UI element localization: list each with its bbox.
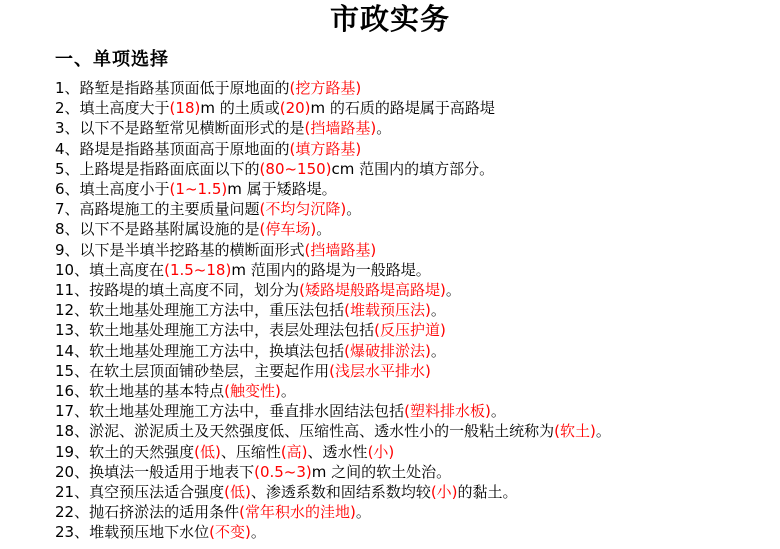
question-text: m 属于矮路堤。 xyxy=(227,180,336,198)
question-text: 、渗透系数和固结系数均较 xyxy=(251,483,431,501)
question-item: 14、软土地基处理施工方法中，换填法包括(爆破排淤法)。 xyxy=(55,341,760,361)
question-text: 。 xyxy=(431,301,446,319)
question-item: 22、抛石挤淤法的适用条件(常年积水的洼地)。 xyxy=(55,502,760,522)
answer-text: (18) xyxy=(170,99,201,117)
question-item: 23、堆载预压地下水位(不变)。 xyxy=(55,522,760,542)
question-item: 10、填土高度在(1.5~18)m 范围内的路堤为一般路堤。 xyxy=(55,260,760,280)
question-text: 6、填土高度小于 xyxy=(55,180,170,198)
question-text: 10、填土高度在 xyxy=(55,261,164,279)
question-item: 13、软土地基处理施工方法中，表层处理法包括(反压护道) xyxy=(55,320,760,340)
question-text: 21、真空预压法适合强度 xyxy=(55,483,224,501)
question-text: 。 xyxy=(356,503,371,521)
answer-text: (停车场) xyxy=(260,220,317,238)
question-text: 。 xyxy=(596,422,611,440)
question-item: 16、软土地基的基本特点(触变性)。 xyxy=(55,381,760,401)
question-text: 8、以下不是路基附属设施的是 xyxy=(55,220,260,238)
answer-text: (20) xyxy=(280,99,311,117)
question-text: 12、软土地基处理施工方法中，重压法包括 xyxy=(55,301,344,319)
question-text: 13、软土地基处理施工方法中，表层处理法包括 xyxy=(55,321,374,339)
answer-text: (挖方路基) xyxy=(290,79,362,97)
answer-text: (不均匀沉降) xyxy=(260,200,347,218)
question-item: 19、软土的天然强度(低)、压缩性(高)、透水性(小) xyxy=(55,442,760,462)
document-page: 市政实务 一、单项选择 1、路堑是指路基顶面低于原地面的(挖方路基)2、填土高度… xyxy=(0,0,780,549)
question-text: 、透水性 xyxy=(308,443,368,461)
question-text: m 之间的软土处治。 xyxy=(312,463,451,481)
question-text: 。 xyxy=(376,119,391,137)
question-item: 21、真空预压法适合强度(低)、渗透系数和固结系数均较(小)的黏土。 xyxy=(55,482,760,502)
question-text: 19、软土的天然强度 xyxy=(55,443,194,461)
answer-text: (挡墙路基) xyxy=(305,119,377,137)
question-text: m 范围内的路堤为一般路堤。 xyxy=(231,261,430,279)
question-text: 1、路堑是指路基顶面低于原地面的 xyxy=(55,79,290,97)
question-text: 17、软土地基处理施工方法中，垂直排水固结法包括 xyxy=(55,402,404,420)
answer-text: (1.5~18) xyxy=(164,261,231,279)
answer-text: (矮路堤般路堤高路堤) xyxy=(299,281,446,299)
question-text: 4、路堤是指路基顶面高于原地面的 xyxy=(55,140,290,158)
question-item: 5、上路堤是指路面底面以下的(80~150)cm 范围内的填方部分。 xyxy=(55,159,760,179)
answer-text: (低) xyxy=(194,443,221,461)
question-text: 7、高路堤施工的主要质量问题 xyxy=(55,200,260,218)
answer-text: (不变) xyxy=(209,523,251,541)
question-text: 。 xyxy=(431,342,446,360)
question-text: 3、以下不是路堑常见横断面形式的是 xyxy=(55,119,305,137)
question-text: 。 xyxy=(446,281,461,299)
question-text: 、压缩性 xyxy=(221,443,281,461)
answer-text: (高) xyxy=(281,443,308,461)
answer-text: (小) xyxy=(431,483,458,501)
question-text: 18、淤泥、淤泥质土及天然强度低、压缩性高、透水性小的一般粘土统称为 xyxy=(55,422,554,440)
question-item: 3、以下不是路堑常见横断面形式的是(挡墙路基)。 xyxy=(55,118,760,138)
question-text: 22、抛石挤淤法的适用条件 xyxy=(55,503,239,521)
question-text: 11、按路堤的填土高度不同，划分为 xyxy=(55,281,299,299)
answer-text: (1~1.5) xyxy=(170,180,228,198)
question-text: 15、在软土层顶面铺砂垫层，主要起作用 xyxy=(55,362,329,380)
question-text: 23、堆载预压地下水位 xyxy=(55,523,209,541)
question-item: 6、填土高度小于(1~1.5)m 属于矮路堤。 xyxy=(55,179,760,199)
answer-text: (小) xyxy=(368,443,395,461)
question-text: 。 xyxy=(281,382,296,400)
question-text: 5、上路堤是指路面底面以下的 xyxy=(55,160,260,178)
answer-text: (挡墙路基) xyxy=(305,241,377,259)
question-text: cm 范围内的填方部分。 xyxy=(332,160,495,178)
question-text: 14、软土地基处理施工方法中，换填法包括 xyxy=(55,342,344,360)
section-heading: 一、单项选择 xyxy=(55,48,780,70)
question-item: 9、以下是半填半挖路基的横断面形式(挡墙路基) xyxy=(55,240,760,260)
answer-text: (80~150) xyxy=(260,160,332,178)
question-item: 1、路堑是指路基顶面低于原地面的(挖方路基) xyxy=(55,78,760,98)
question-item: 18、淤泥、淤泥质土及天然强度低、压缩性高、透水性小的一般粘土统称为(软土)。 xyxy=(55,421,760,441)
question-text: 。 xyxy=(491,402,506,420)
answer-text: (堆载预压法) xyxy=(344,301,431,319)
answer-text: (爆破排淤法) xyxy=(344,342,431,360)
answer-text: (软土) xyxy=(554,422,596,440)
question-text: m 的土质或 xyxy=(200,99,279,117)
question-text: 20、换填法一般适用于地表下 xyxy=(55,463,254,481)
question-text: 9、以下是半填半挖路基的横断面形式 xyxy=(55,241,305,259)
question-item: 12、软土地基处理施工方法中，重压法包括(堆载预压法)。 xyxy=(55,300,760,320)
page-title: 市政实务 xyxy=(0,0,780,38)
question-text: 16、软土地基的基本特点 xyxy=(55,382,224,400)
question-item: 20、换填法一般适用于地表下(0.5~3)m 之间的软土处治。 xyxy=(55,462,760,482)
question-list: 1、路堑是指路基顶面低于原地面的(挖方路基)2、填土高度大于(18)m 的土质或… xyxy=(55,78,760,543)
question-text: 2、填土高度大于 xyxy=(55,99,170,117)
question-item: 2、填土高度大于(18)m 的土质或(20)m 的石质的路堤属于高路堤 xyxy=(55,98,760,118)
question-item: 4、路堤是指路基顶面高于原地面的(填方路基) xyxy=(55,139,760,159)
question-text: m 的石质的路堤属于高路堤 xyxy=(311,99,495,117)
question-text: 的黏土。 xyxy=(458,483,518,501)
question-item: 17、软土地基处理施工方法中，垂直排水固结法包括(塑料排水板)。 xyxy=(55,401,760,421)
question-text: 。 xyxy=(316,220,331,238)
answer-text: (触变性) xyxy=(224,382,281,400)
answer-text: (塑料排水板) xyxy=(404,402,491,420)
answer-text: (常年积水的洼地) xyxy=(239,503,356,521)
question-item: 11、按路堤的填土高度不同，划分为(矮路堤般路堤高路堤)。 xyxy=(55,280,760,300)
question-text: 。 xyxy=(251,523,266,541)
answer-text: (反压护道) xyxy=(374,321,446,339)
question-item: 15、在软土层顶面铺砂垫层，主要起作用(浅层水平排水) xyxy=(55,361,760,381)
question-item: 8、以下不是路基附属设施的是(停车场)。 xyxy=(55,219,760,239)
question-text: 。 xyxy=(346,200,361,218)
answer-text: (浅层水平排水) xyxy=(329,362,431,380)
answer-text: (0.5~3) xyxy=(254,463,312,481)
answer-text: (填方路基) xyxy=(290,140,362,158)
answer-text: (低) xyxy=(224,483,251,501)
question-item: 7、高路堤施工的主要质量问题(不均匀沉降)。 xyxy=(55,199,760,219)
